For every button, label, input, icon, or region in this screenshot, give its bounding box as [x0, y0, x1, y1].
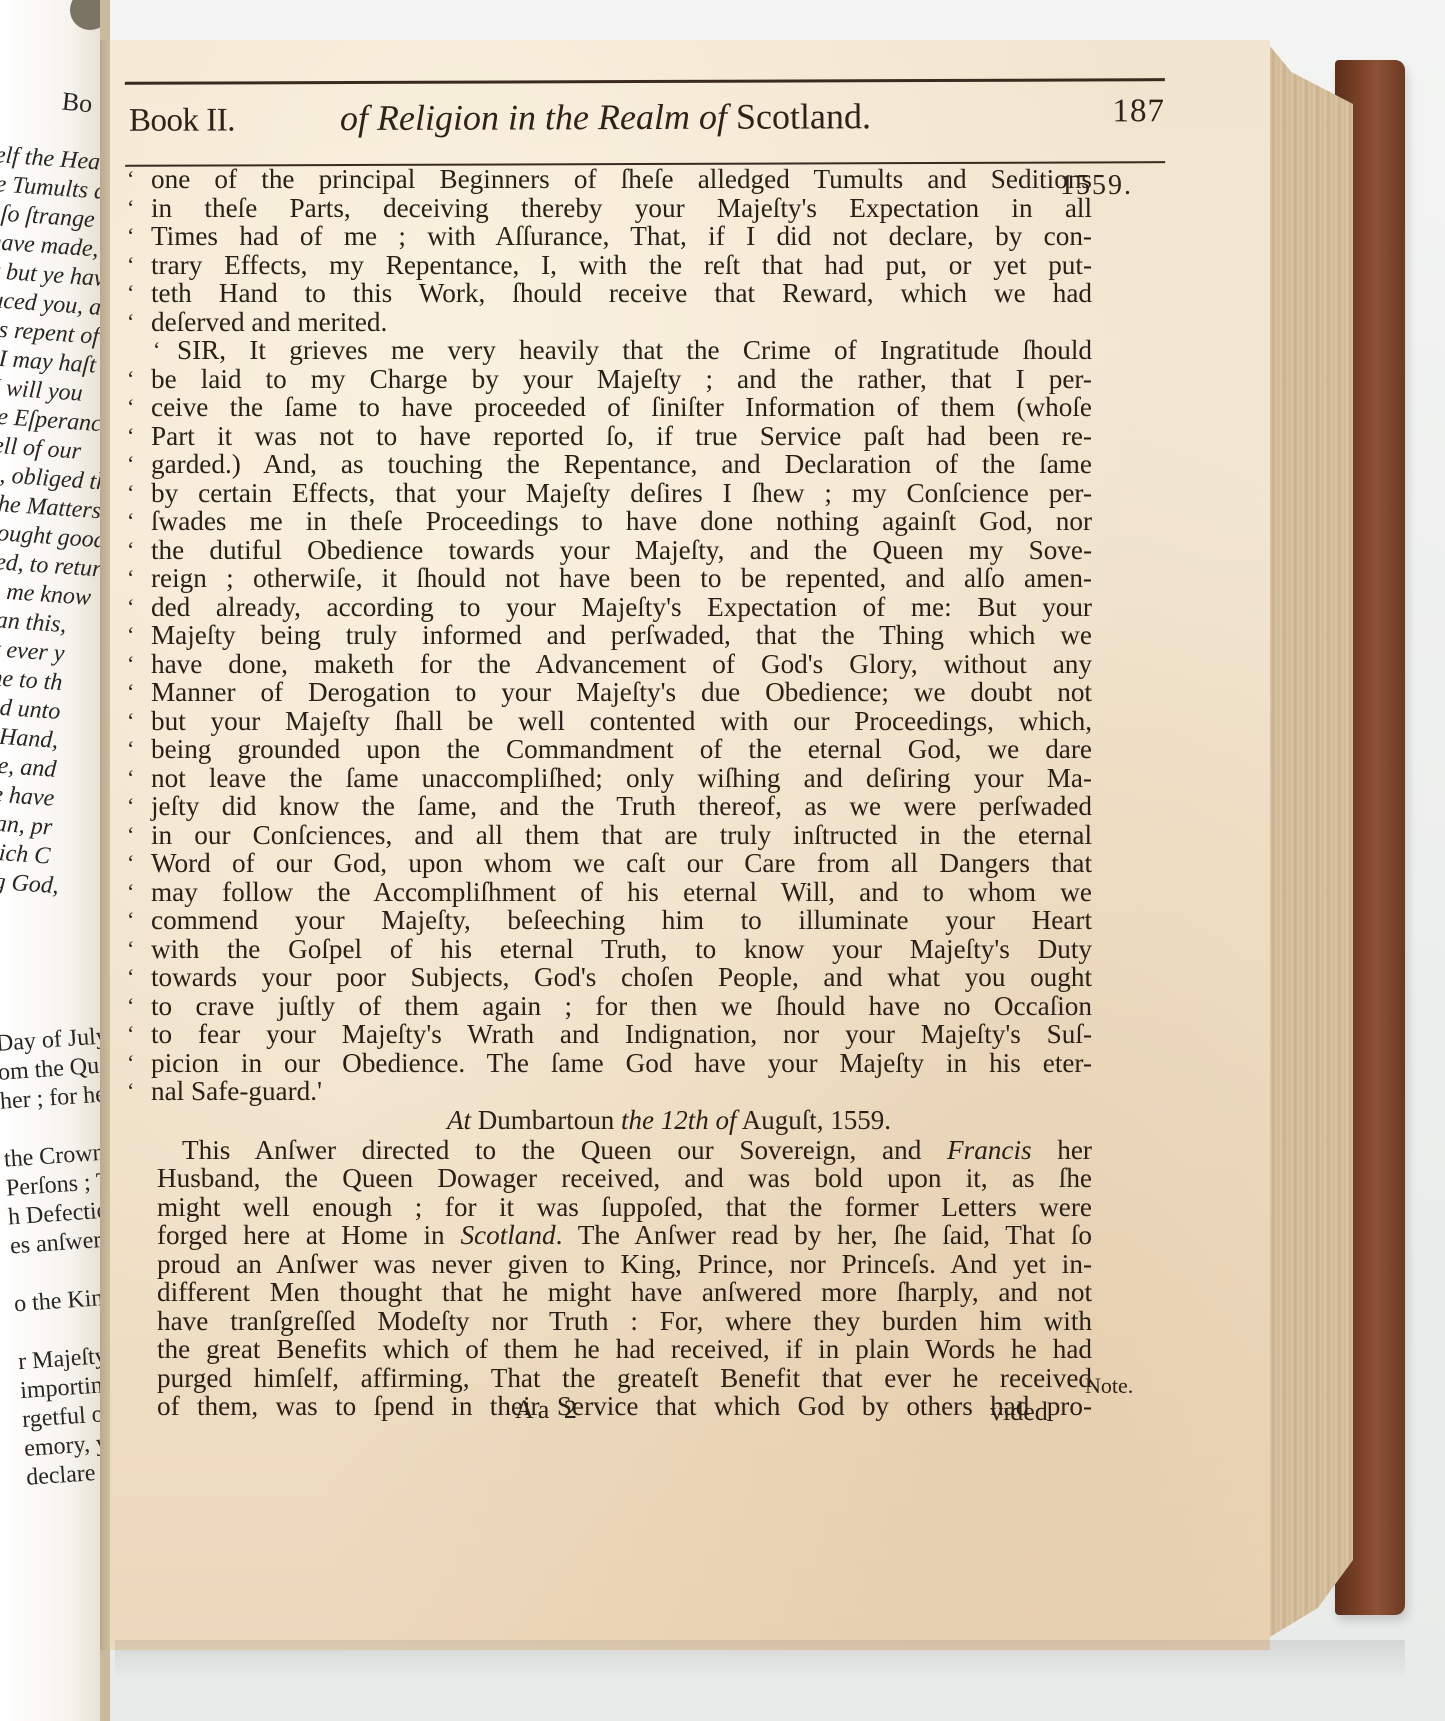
letter-line: ‘may follow the Accompliſhment of his et… — [127, 878, 1092, 907]
quote-mark: ‘ — [127, 479, 134, 508]
letter-line: ‘picion in our Obedience. The ſame God h… — [127, 1049, 1092, 1078]
dateline-at: At — [447, 1105, 471, 1135]
page-number: 187 — [1112, 93, 1165, 130]
narrative-line: Husband, the Queen Dowager received, and… — [127, 1164, 1092, 1193]
letter-line: ‘Manner of Derogation to your Majeſty's … — [127, 678, 1092, 707]
quote-mark: ‘ — [127, 1077, 134, 1106]
dateline-day: 12th — [661, 1105, 709, 1135]
running-title: of Religion in the Realm of Scotland. — [340, 95, 871, 139]
letter-line: ‘Part it was not to have reported ſo, if… — [127, 422, 1092, 451]
quote-mark: ‘ — [153, 336, 160, 365]
quote-mark: ‘ — [127, 393, 134, 422]
facing-page-text-top: rſelf the Headthe Tumults anis ſo ſtrang… — [0, 140, 100, 901]
letter-line: ‘to fear your Majeſty's Wrath and Indign… — [127, 1020, 1092, 1049]
narrative-line: forged here at Home in Scotland. The Anſ… — [127, 1221, 1092, 1250]
quote-mark: ‘ — [127, 165, 134, 194]
dateline: At Dumbartoun the 12th of Auguſt, 1559. — [127, 1106, 1092, 1136]
quote-mark: ‘ — [127, 735, 134, 764]
facing-page-left: Bo rſelf the Headthe Tumults anis ſo ſtr… — [0, 0, 110, 1721]
book-page: Book II. of Religion in the Realm of Sco… — [110, 40, 1270, 1650]
quote-mark: ‘ — [127, 650, 134, 679]
book-label: Book II. — [129, 102, 235, 139]
quote-mark: ‘ — [127, 308, 134, 337]
book-shadow — [115, 1640, 1405, 1680]
running-head: Book II. of Religion in the Realm of Sco… — [125, 78, 1165, 167]
letter-line: ‘in our Conſciences, and all them that a… — [127, 821, 1092, 850]
letter-line: ‘be laid to my Charge by your Majeſty ; … — [127, 365, 1092, 394]
narrative-line: purged himſelf, affirming, That the grea… — [127, 1364, 1092, 1393]
quote-mark: ‘ — [127, 935, 134, 964]
quote-mark: ‘ — [127, 536, 134, 565]
letter-line: ‘Times had of me ; with Aſſurance, That,… — [127, 222, 1092, 251]
quote-mark: ‘ — [127, 849, 134, 878]
quote-mark: ‘ — [127, 821, 134, 850]
letter-line: ‘the dutiful Obedience towards your Maje… — [127, 536, 1092, 565]
quote-mark: ‘ — [127, 507, 134, 536]
letter-line: ‘jeſty did know the ſame, and the Truth … — [127, 792, 1092, 821]
letter-line: ‘ſwades me in theſe Proceedings to have … — [127, 507, 1092, 536]
dateline-of: of — [716, 1105, 737, 1135]
quote-mark: ‘ — [127, 279, 134, 308]
signature-mark: Aa 2 — [515, 1395, 581, 1425]
letter-line: ‘SIR, It grieves me very heavily that th… — [127, 336, 1092, 365]
letter-line: ‘in theſe Parts, deceiving thereby your … — [127, 194, 1092, 223]
quote-mark: ‘ — [127, 450, 134, 479]
quote-mark: ‘ — [127, 564, 134, 593]
quote-mark: ‘ — [127, 992, 134, 1021]
quote-mark: ‘ — [127, 678, 134, 707]
page-block-edges — [1265, 40, 1353, 1640]
quote-mark: ‘ — [127, 1049, 134, 1078]
letter-line: ‘commend your Majeſty, beſeeching him to… — [127, 906, 1092, 935]
letter-line: ‘by certain Effects, that your Majeſty d… — [127, 479, 1092, 508]
narrative-line: the great Benefits which of them he had … — [127, 1335, 1092, 1364]
running-title-roman: Scotland. — [736, 96, 871, 136]
letter-line: ‘Majeſty being truly informed and perſwa… — [127, 621, 1092, 650]
narrative-line: proud an Anſwer was never given to King,… — [127, 1250, 1092, 1279]
letter-text: ‘one of the principal Beginners of ſheſe… — [127, 165, 1092, 1106]
narrative-line: might well enough ; for it was ſuppoſed,… — [127, 1193, 1092, 1222]
quote-mark: ‘ — [127, 878, 134, 907]
quote-mark: ‘ — [127, 365, 134, 394]
letter-line: ‘have done, maketh for the Advancement o… — [127, 650, 1092, 679]
quote-mark: ‘ — [127, 1020, 134, 1049]
facing-page-header: Bo — [61, 86, 94, 119]
catchword: vided — [990, 1397, 1048, 1427]
letter-line: ‘with the Goſpel of his eternal Truth, t… — [127, 935, 1092, 964]
book-clasp — [70, 0, 110, 30]
narrative-line: This Anſwer directed to the Queen our So… — [127, 1136, 1092, 1165]
page-body: ‘one of the principal Beginners of ſheſe… — [127, 165, 1092, 1421]
letter-line: ‘reign ; otherwiſe, it ſhould not have b… — [127, 564, 1092, 593]
dateline-place: Dumbartoun — [478, 1105, 614, 1135]
dateline-the: the — [621, 1105, 654, 1135]
margin-note: Note. — [1085, 1373, 1133, 1399]
letter-line: ‘ded already, according to your Majeſty'… — [127, 593, 1092, 622]
quote-mark: ‘ — [127, 251, 134, 280]
quote-mark: ‘ — [127, 194, 134, 223]
letter-line: ‘but your Majeſty ſhall be well contente… — [127, 707, 1092, 736]
quote-mark: ‘ — [127, 422, 134, 451]
quote-mark: ‘ — [127, 764, 134, 793]
letter-line: ‘towards your poor Subjects, God's choſe… — [127, 963, 1092, 992]
letter-line: ‘trary Effects, my Repentance, I, with t… — [127, 251, 1092, 280]
quote-mark: ‘ — [127, 222, 134, 251]
letter-line: ‘being grounded upon the Commandment of … — [127, 735, 1092, 764]
narrative-line: different Men thought that he might have… — [127, 1278, 1092, 1307]
quote-mark: ‘ — [127, 792, 134, 821]
quote-mark: ‘ — [127, 593, 134, 622]
quote-mark: ‘ — [127, 963, 134, 992]
letter-line: ‘deſerved and merited. — [127, 308, 1092, 337]
quote-mark: ‘ — [127, 906, 134, 935]
letter-line: ‘ceive the ſame to have proceeded of ſin… — [127, 393, 1092, 422]
letter-line: ‘teth Hand to this Work, ſhould receive … — [127, 279, 1092, 308]
letter-line: ‘not leave the ſame unaccompliſhed; only… — [127, 764, 1092, 793]
letter-line: ‘nal Safe-guard.' — [127, 1077, 1092, 1106]
narrative-line: have tranſgreſſed Modeſty nor Truth : Fo… — [127, 1307, 1092, 1336]
quote-mark: ‘ — [127, 621, 134, 650]
narrative-text: This Anſwer directed to the Queen our So… — [127, 1136, 1092, 1421]
facing-page-text-bottom: Day of July, 1om the Queenher ; for her … — [0, 1022, 110, 1493]
quote-mark: ‘ — [127, 707, 134, 736]
running-title-italic: of Religion in the Realm of — [340, 97, 727, 138]
letter-line: ‘garded.) And, as touching the Repentanc… — [127, 450, 1092, 479]
book-photo: Bo rſelf the Headthe Tumults anis ſo ſtr… — [0, 0, 1445, 1721]
letter-line: ‘one of the principal Beginners of ſheſe… — [127, 165, 1092, 194]
narrative-line: of them, was to ſpend in their Service t… — [127, 1392, 1092, 1421]
letter-line: ‘to crave juſtly of them again ; for the… — [127, 992, 1092, 1021]
dateline-month-year: Auguſt, 1559. — [742, 1105, 891, 1135]
letter-line: ‘Word of our God, upon whom we caſt our … — [127, 849, 1092, 878]
